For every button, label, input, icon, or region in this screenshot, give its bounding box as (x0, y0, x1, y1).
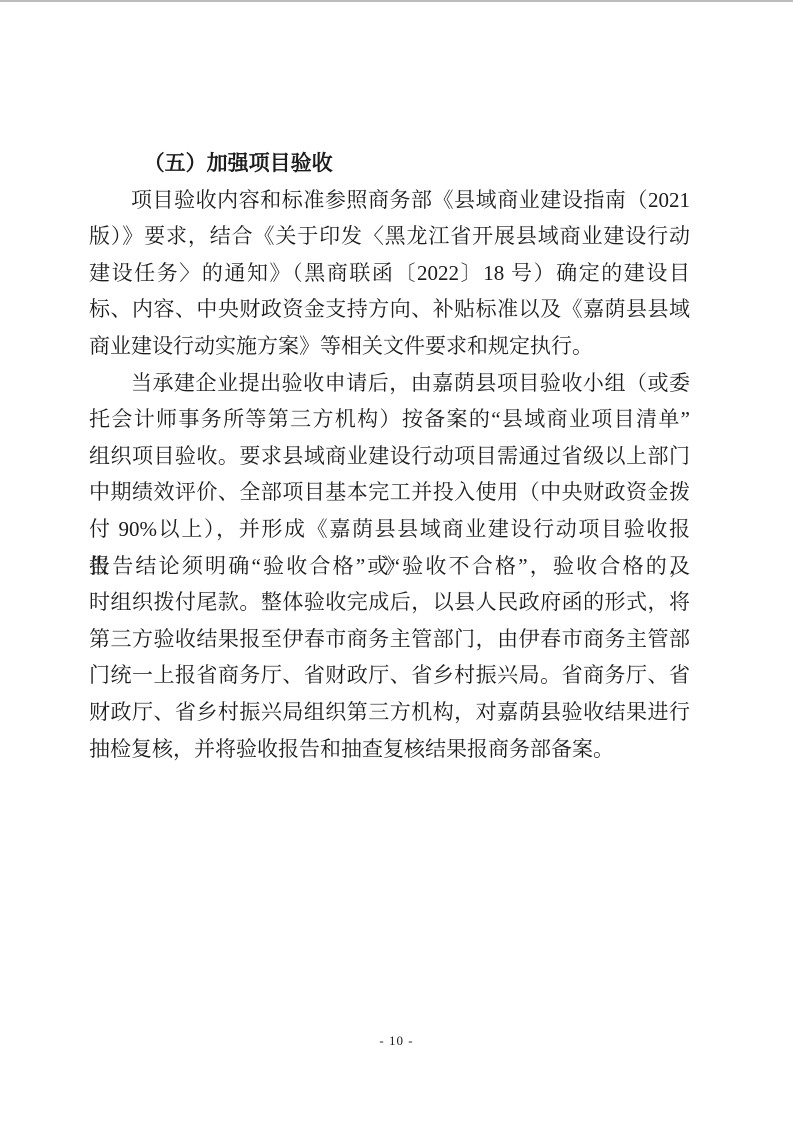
text-line: 商业建设行动实施方案》等相关文件要求和规定执行。 (89, 328, 690, 365)
text-line: 建设任务〉的通知》（黑商联函〔2022〕18 号）确定的建设目 (89, 255, 690, 292)
text-line: 项目验收内容和标准参照商务部《县域商业建设指南（2021 (89, 182, 690, 219)
section-heading: （五）加强项目验收 (89, 145, 690, 182)
text-line: 当承建企业提出验收申请后，由嘉荫县项目验收小组（或委 (89, 365, 690, 402)
text-line: 版）》要求，结合《关于印发〈黑龙江省开展县域商业建设行动 (89, 218, 690, 255)
document-page: （五）加强项目验收 项目验收内容和标准参照商务部《县域商业建设指南（2021版）… (0, 0, 793, 1124)
text-line: 门统一上报省商务厅、省财政厅、省乡村振兴局。省商务厅、省 (89, 657, 690, 694)
document-body: （五）加强项目验收 项目验收内容和标准参照商务部《县域商业建设指南（2021版）… (89, 145, 690, 767)
text-line: 组织项目验收。要求县域商业建设行动项目需通过省级以上部门 (89, 438, 690, 475)
text-line: 第三方验收结果报至伊春市商务主管部门，由伊春市商务主管部 (89, 621, 690, 658)
text-line: 付 90%以上），并形成《嘉荫县县域商业建设行动项目验收报告》， (89, 511, 690, 548)
text-line: 托会计师事务所等第三方机构）按备案的“县域商业项目清单” (89, 401, 690, 438)
page-footer: - 10 - (0, 1032, 793, 1050)
paragraphs-container: 项目验收内容和标准参照商务部《县域商业建设指南（2021版）》要求，结合《关于印… (89, 182, 690, 768)
text-line: 标、内容、中央财政资金支持方向、补贴标准以及《嘉荫县县域 (89, 291, 690, 328)
text-line: 报告结论须明确“验收合格”或“验收不合格”，验收合格的及 (89, 548, 690, 585)
paragraph-1: 项目验收内容和标准参照商务部《县域商业建设指南（2021版）》要求，结合《关于印… (89, 182, 690, 365)
paragraph-2: 当承建企业提出验收申请后，由嘉荫县项目验收小组（或委托会计师事务所等第三方机构）… (89, 365, 690, 768)
text-line: 抽检复核，并将验收报告和抽查复核结果报商务部备案。 (89, 731, 690, 768)
page-number: - 10 - (379, 1033, 413, 1048)
text-line: 时组织拨付尾款。整体验收完成后，以县人民政府函的形式，将 (89, 584, 690, 621)
text-line: 中期绩效评价、全部项目基本完工并投入使用（中央财政资金拨 (89, 474, 690, 511)
text-line: 财政厅、省乡村振兴局组织第三方机构，对嘉荫县验收结果进行 (89, 694, 690, 731)
